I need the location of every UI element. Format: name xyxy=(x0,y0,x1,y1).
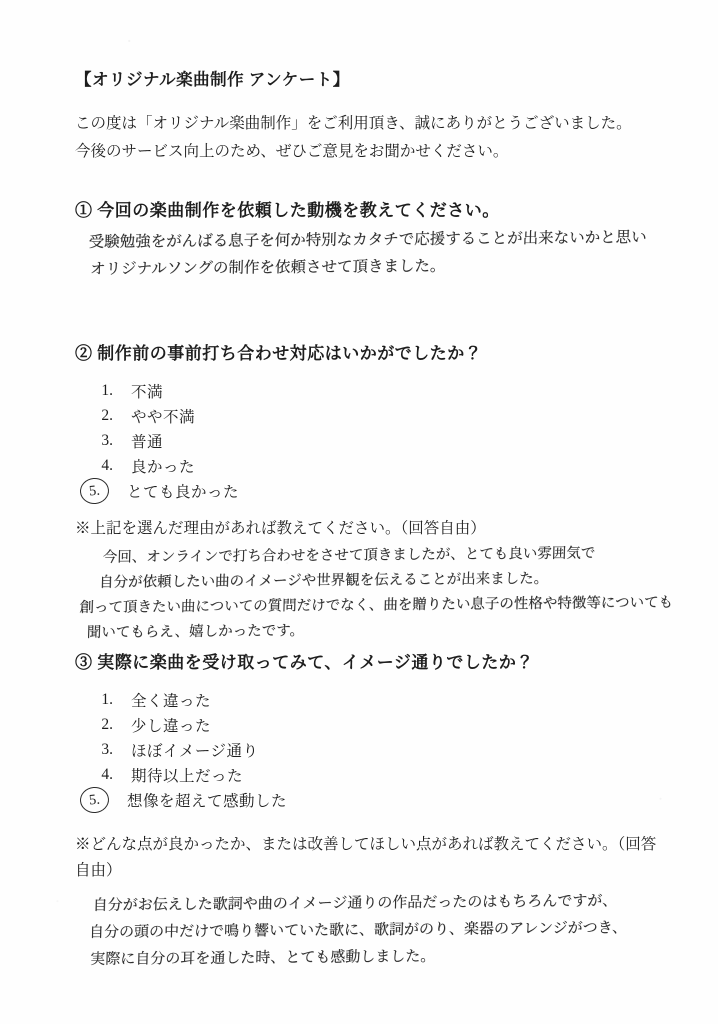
option-row: 4. 良かった xyxy=(87,453,676,478)
option-label: 期待以上だった xyxy=(131,764,243,786)
option-label: 少し違った xyxy=(131,714,211,736)
option-row: 3. ほぼイメージ通り xyxy=(87,737,676,762)
option-label: 不満 xyxy=(131,380,163,402)
handwritten-selection-circle: 5. xyxy=(79,785,110,813)
option-row-selected: 5. とても良かった xyxy=(87,478,676,503)
question-3-heading: ③ 実際に楽曲を受け取ってみて、イメージ通りでしたか？ xyxy=(75,648,676,673)
question-3-options-list: 1. 全く違った 2. 少し違った 3. ほぼイメージ通り 4. 期待以上だった… xyxy=(75,687,676,812)
option-label: やや不満 xyxy=(131,405,195,427)
handwritten-line: 実際に自分の耳を通した時、とても感動しました。 xyxy=(90,941,675,973)
handwritten-line: 今回、オンラインで打ち合わせをさせて頂きましたが、とても良い雰囲気で xyxy=(102,541,676,571)
intro-line-1: この度は「オリジナル楽曲制作」をご利用頂き、誠にありがとうございました。 xyxy=(75,115,632,132)
option-number: 2. xyxy=(87,407,113,425)
handwritten-line: 受験勉強をがんばる息子を何か特別なカタチで応援することが出来ないかと思い xyxy=(88,224,676,256)
option-label: 全く違った xyxy=(131,689,211,711)
option-row: 4. 期待以上だった xyxy=(87,762,676,787)
handwritten-selection-circle: 5. xyxy=(79,476,110,504)
option-row: 1. 不満 xyxy=(87,378,676,403)
option-number: 5. xyxy=(88,791,100,809)
option-label: 良かった xyxy=(131,455,195,477)
option-number: 3. xyxy=(87,741,113,759)
option-number: 4. xyxy=(87,457,113,475)
option-label: 想像を超えて感動した xyxy=(127,789,287,811)
question-3-handwritten-answer: 自分がお伝えした歌詞や曲のイメージ通りの作品だったのはもちろんですが、 自分の頭… xyxy=(73,887,676,973)
handwritten-line: 自分の頭の中だけで鳴り響いていた歌に、歌詞がのり、楽器のアレンジがつき、 xyxy=(89,914,676,946)
form-title: 【オリジナル楽曲制作 アンケート】 xyxy=(75,66,676,90)
scanned-survey-page: 【オリジナル楽曲制作 アンケート】 この度は「オリジナル楽曲制作」をご利用頂き、… xyxy=(0,0,718,1024)
option-number: 4. xyxy=(87,766,113,784)
intro-line-2: 今後のサービス向上のため、ぜひご意見をお聞かせください。 xyxy=(75,143,508,160)
question-2-options-list: 1. 不満 2. やや不満 3. 普通 4. 良かった 5. とても良かった xyxy=(75,378,676,503)
handwritten-line: 聞いてもらえ、嬉しかったです。 xyxy=(86,616,674,646)
question-3-followup-label: ※どんな点が良かったか、または改善してほしい点があれば教えてください。（回答自由… xyxy=(75,832,663,884)
option-label: 普通 xyxy=(131,430,163,452)
option-number: 5. xyxy=(88,482,100,500)
handwritten-line: 創って頂きたい曲についての質問だけでなく、曲を贈りたい息子の性格や特徴等について… xyxy=(79,591,675,621)
intro-paragraph: この度は「オリジナル楽曲制作」をご利用頂き、誠にありがとうございました。 今後の… xyxy=(75,110,676,166)
question-2-handwritten-answer: 今回、オンラインで打ち合わせをさせて頂きましたが、とても良い雰囲気で 自分が依頼… xyxy=(72,541,676,646)
option-number: 3. xyxy=(87,432,113,450)
option-number: 2. xyxy=(87,716,113,734)
option-row-selected: 5. 想像を超えて感動した xyxy=(87,787,676,812)
option-row: 1. 全く違った xyxy=(87,687,676,712)
option-row: 3. 普通 xyxy=(87,428,676,453)
option-label: とても良かった xyxy=(127,480,239,502)
option-label: ほぼイメージ通り xyxy=(131,739,259,761)
option-row: 2. 少し違った xyxy=(87,712,676,737)
question-1-heading: ① 今回の楽曲制作を依頼した動機を教えてください。 xyxy=(75,196,676,221)
handwritten-line: オリジナルソングの制作を依頼させて頂きました。 xyxy=(90,251,676,283)
option-row: 2. やや不満 xyxy=(87,403,676,428)
option-number: 1. xyxy=(87,382,113,400)
question-2-heading: ② 制作前の事前打ち合わせ対応はいかがでしたか？ xyxy=(75,339,676,364)
question-2-followup-label: ※上記を選んだ理由があれば教えてください。（回答自由） xyxy=(75,516,676,542)
option-number: 1. xyxy=(87,691,113,709)
question-1-handwritten-answer: 受験勉強をがんばる息子を何か特別なカタチで応援することが出来ないかと思い オリジ… xyxy=(74,224,676,283)
